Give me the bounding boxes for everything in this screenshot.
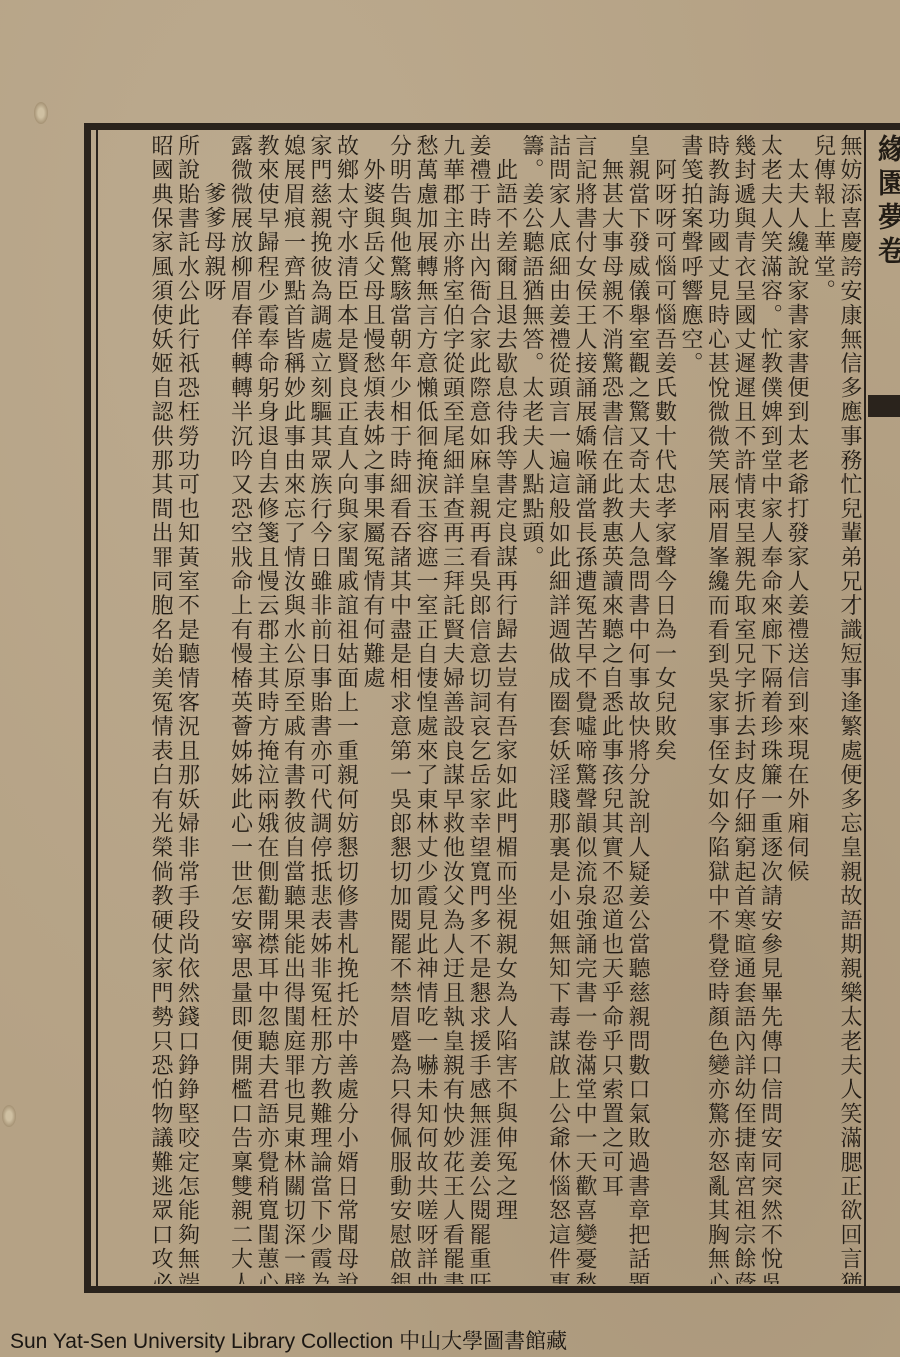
text-column: 兒傳報上華堂。 — [809, 134, 836, 1284]
text-column: 阿呀呀可惱可惱吾姜氏數十代忠孝家聲今日為一女兒敗矣 — [650, 134, 677, 1284]
margin-title: 緣園夢卷 — [870, 134, 900, 270]
text-column: 露微微展放柳眉春佯轉轉半沉吟又恐空戕命上有慢椿英薈姊姊此心一世怎安寧思量即便開檻… — [226, 134, 253, 1284]
text-column: 詰問家人底細由姜禮從頭言一遍這般如此細詳週做成圈套妖淫賤那裏是小姐無知下毒謀啟上… — [544, 134, 571, 1284]
binding-hole-top — [34, 102, 48, 124]
text-column: 昭國典保家風須使妖姬自認供那其間出罪同胞名始美冤情表白有光榮倘教硬仗家門勢只恐怕… — [147, 134, 174, 1284]
text-column: 書笺拍案聲呼響應空。 — [677, 134, 704, 1284]
text-column: 分明告與他驚駭當朝年少相于時細看吞諸其中盡是相求意第一吳郎懇切加閱罷不禁眉蹙為只… — [385, 134, 412, 1284]
text-column: 太夫人纔說家書家書便到太老爺打發家人姜禮送信到來現在外廂伺候 — [783, 134, 810, 1284]
text-column: 愁萬慮加展轉無言方意懶低徊掩淚玉容遮一室正自悽惶處來了東林丈少霞見此神情吃一嚇未… — [412, 134, 439, 1284]
text-column: 無甚大事母親不消驚恐書信在此教惠英讀來聽之自悉此事孩兒其實不忍道也天乎命乎只索置… — [597, 134, 624, 1284]
text-column: 家門慈親挽彼為調處立刻驅其眾族行今日雖非前日事貽書亦可代調停抵悲表姊非冤枉那方教… — [306, 134, 333, 1284]
text-column: 此語不差爾且退去歇息待我等書定良謀再行歸去豈有吾家如此門楣而坐視親女為人陷害不與… — [491, 134, 518, 1284]
text-column: 無妨添喜慶誇安康無信多應事務忙兒輩弟兄才識短事逢繁處便多忘皇親故語期親樂太老夫人… — [836, 134, 863, 1284]
text-column: 姜禮于時出內衙合家此際意如麻皇親再看吳郎信意切詞哀乞岳家幸望寬門多不是懇求援手感… — [465, 134, 492, 1284]
text-column: 故鄉太守水清臣本是賢良正直人向與家閨戚誼祖姑面上一重親何妨懇切修書札挽托於中善處… — [332, 134, 359, 1284]
text-column: 爹爹母親呀 — [200, 134, 227, 1284]
text-column: 九華郡主亦將室伯字從頭至尾細詳查再三拜託賢夫婦善設良謀早救他汝父為人迂且執皇親有… — [438, 134, 465, 1284]
binding-hole-bottom — [2, 1105, 16, 1127]
text-column: 時教誨功國丈見時心甚悅微微笑展兩眉峯纔而看到吳家事侄女如今陷獄中不覺登時顏色變亦… — [703, 134, 730, 1284]
text-column: 所說貽書託水公此行祇恐枉勞功可也知黃室不是聽情客況且那妖婦非常手段尚依然錢口錚錚… — [173, 134, 200, 1284]
text-column: 太老夫人笑滿容。忙教僕婢到堂中家人奉命來廊下隔着珍珠簾一重逐次請安參見畢先傳口信… — [756, 134, 783, 1284]
text-column: 外婆與岳父母且慢愁煩表姊之事果屬冤情有何難處 — [359, 134, 386, 1284]
text-column: 籌。姜公聽語猶無答。太老夫人點點頭。 — [518, 134, 545, 1284]
text-column: 教來使早歸程少霞奉命躬身退自去修箋且慢云郡主其時方掩泣兩娥在側勸開襟耳中忽聽夫君… — [253, 134, 280, 1284]
scanned-page: 緣園夢卷 無妨添喜慶誇安康無信多應事務忙兒輩弟兄才識短事逢繁處便多忘皇親故語期親… — [0, 0, 900, 1357]
collection-watermark: Sun Yat-Sen University Library Collectio… — [10, 1325, 567, 1355]
margin-band — [864, 130, 900, 1286]
text-column: 言記將書付女侯王人接誦展嬌喉誦當長孫遭冤苦早不覺噓啼驚聲韻似流泉強誦完書一卷滿堂… — [571, 134, 598, 1284]
text-column: 媳展眉痕一齊點首皆稱妙此事由來忘了情汝與水公原至戚有書教彼自當聽果能出得閨庭罪也… — [279, 134, 306, 1284]
text-body: 無妨添喜慶誇安康無信多應事務忙兒輩弟兄才識短事逢繁處便多忘皇親故語期親樂太老夫人… — [104, 134, 862, 1284]
fish-tail-mark — [868, 395, 900, 417]
text-column: 皇親當下發威儀舉室觀之驚又奇太夫人急問書中何事故快將分說剖人疑姜公當聽慈親問數口… — [624, 134, 651, 1284]
text-column: 幾封遞與青衣呈國丈遲遲且不許情衷呈親先取室兄字折去封皮仔細窮起首寒暄通套語內詳幼… — [730, 134, 757, 1284]
frame-inner-rule — [96, 130, 98, 1286]
